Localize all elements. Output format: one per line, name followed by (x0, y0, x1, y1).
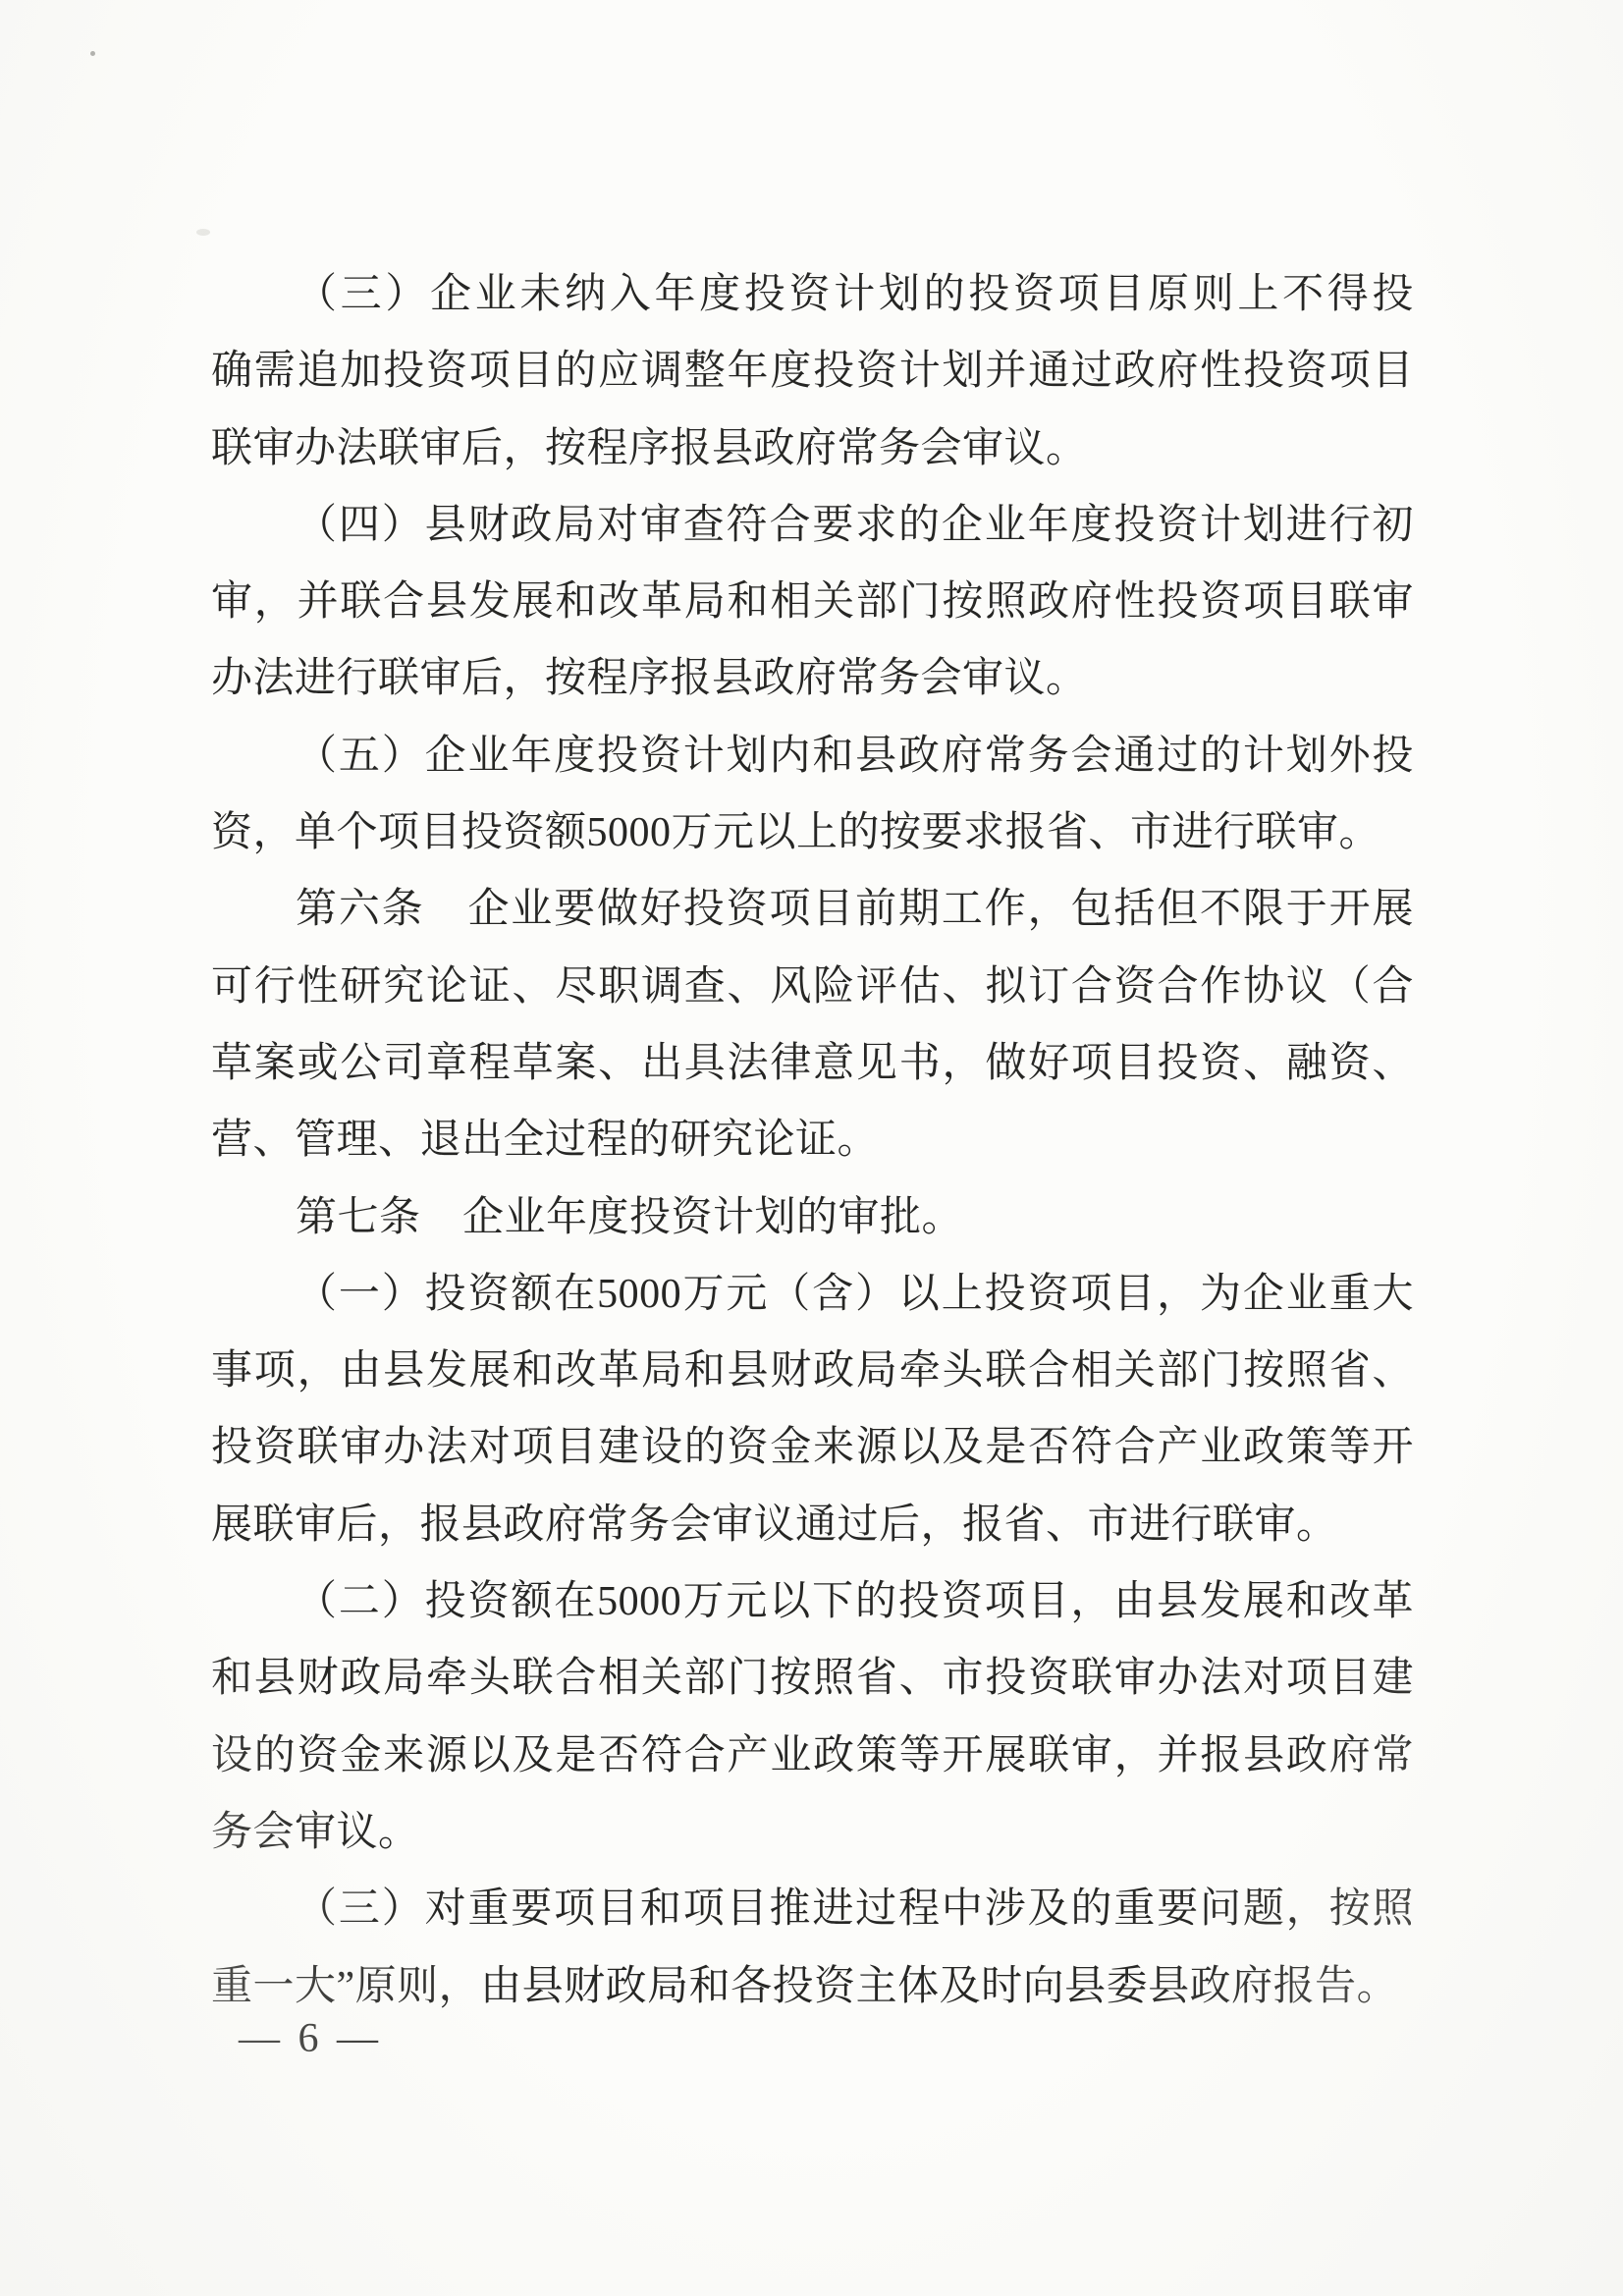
text-line: 重一大”原则，由县财政局和各投资主体及时向县委县政府报告。 (211, 1948, 1414, 2025)
text-line: 确需追加投资项目的应调整年度投资计划并通过政府性投资项目 (211, 333, 1414, 410)
text-line: 第七条 企业年度投资计划的审批。 (211, 1179, 1414, 1256)
page-body-text: （三）企业未纳入年度投资计划的投资项目原则上不得投资，确需追加投资项目的应调整年… (211, 256, 1414, 2025)
text-line: 联审办法联审后，按程序报县政府常务会审议。 (211, 410, 1414, 487)
text-line: 营、管理、退出全过程的研究论证。 (211, 1102, 1414, 1178)
text-line: 草案或公司章程草案、出具法律意见书，做好项目投资、融资、运 (211, 1025, 1414, 1102)
text-line: （三）企业未纳入年度投资计划的投资项目原则上不得投资， (211, 256, 1414, 333)
scan-artifact-dot (90, 51, 95, 56)
page-number: — 6 — (239, 2015, 382, 2062)
text-line: 办法进行联审后，按程序报县政府常务会审议。 (211, 640, 1414, 717)
text-line: 事项，由县发展和改革局和县财政局牵头联合相关部门按照省、市 (211, 1333, 1414, 1409)
text-line: （四）县财政局对审查符合要求的企业年度投资计划进行初 (211, 487, 1414, 564)
text-line: 第六条 企业要做好投资项目前期工作，包括但不限于开展 (211, 871, 1414, 948)
text-line: 投资联审办法对项目建设的资金来源以及是否符合产业政策等开 (211, 1409, 1414, 1486)
text-line: 可行性研究论证、尽职调查、风险评估、拟订合资合作协议（合同） (211, 949, 1414, 1025)
text-line: （一）投资额在5000万元（含）以上投资项目，为企业重大请示 (211, 1256, 1414, 1333)
document-page: （三）企业未纳入年度投资计划的投资项目原则上不得投资，确需追加投资项目的应调整年… (0, 0, 1623, 2296)
scan-artifact-smudge (196, 229, 210, 236)
text-line: 展联审后，报县政府常务会审议通过后，报省、市进行联审。 (211, 1487, 1414, 1563)
text-line: 审，并联合县发展和改革局和相关部门按照政府性投资项目联审 (211, 564, 1414, 640)
text-line: （三）对重要项目和项目推进过程中涉及的重要问题，按照“三 (211, 1871, 1414, 1947)
text-line: （二）投资额在5000万元以下的投资项目，由县发展和改革局 (211, 1563, 1414, 1640)
text-line: 和县财政局牵头联合相关部门按照省、市投资联审办法对项目建 (211, 1640, 1414, 1717)
text-line: 务会审议。 (211, 1794, 1414, 1871)
text-line: 设的资金来源以及是否符合产业政策等开展联审，并报县政府常 (211, 1718, 1414, 1794)
text-line: （五）企业年度投资计划内和县政府常务会通过的计划外投 (211, 718, 1414, 794)
text-line: 资，单个项目投资额5000万元以上的按要求报省、市进行联审。 (211, 794, 1414, 871)
